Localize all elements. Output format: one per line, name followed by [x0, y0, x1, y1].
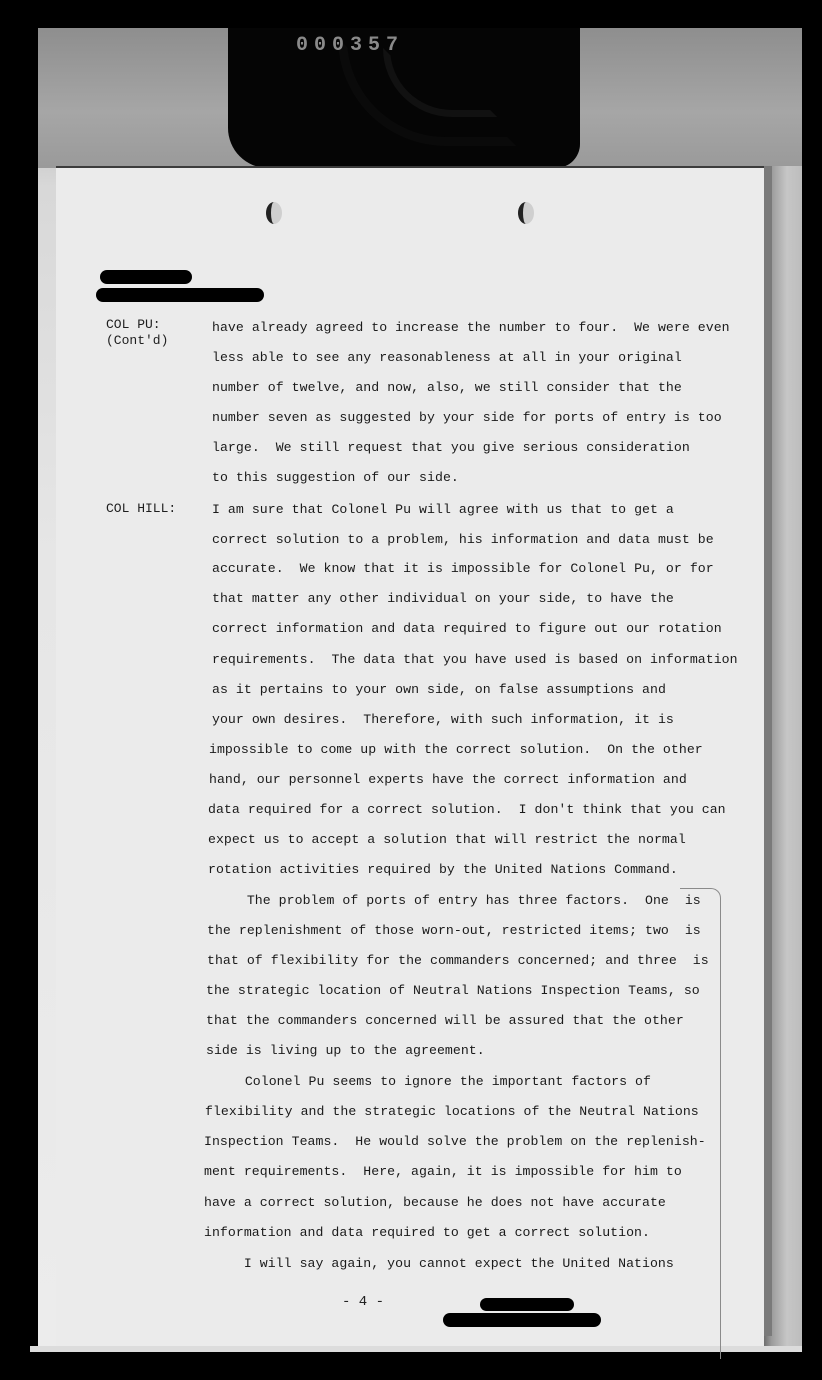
redaction-bar: [480, 1298, 574, 1311]
redaction-bar: [443, 1313, 601, 1327]
text-line: The problem of ports of entry has three …: [207, 893, 701, 908]
text-line: data required for a correct solution. I …: [208, 802, 726, 817]
redaction-bar: [96, 288, 264, 302]
speaker-label: COL HILL:: [106, 500, 176, 517]
text-line: have a correct solution, because he does…: [204, 1195, 666, 1210]
text-line: as it pertains to your own side, on fals…: [212, 682, 666, 697]
text-line: ment requirements. Here, again, it is im…: [204, 1164, 682, 1179]
frame-counter: 000357: [296, 34, 404, 57]
text-line: impossible to come up with the correct s…: [209, 742, 703, 757]
text-line: to this suggestion of our side.: [212, 470, 459, 485]
text-line: rotation activities required by the Unit…: [208, 862, 678, 877]
text-line: less able to see any reasonableness at a…: [212, 350, 682, 365]
speaker-label: COL PU:: [106, 316, 161, 333]
redaction-bar: [100, 270, 192, 284]
text-line: correct solution to a problem, his infor…: [212, 532, 714, 547]
page-right-edge: [764, 166, 772, 1336]
text-line: I am sure that Colonel Pu will agree wit…: [212, 502, 674, 517]
text-line: flexibility and the strategic locations …: [205, 1104, 699, 1119]
text-line: large. We still request that you give se…: [212, 440, 690, 455]
speaker-note: (Cont'd): [106, 332, 168, 349]
text-line: number of twelve, and now, also, we stil…: [212, 380, 682, 395]
text-line: hand, our personnel experts have the cor…: [209, 772, 687, 787]
text-line: have already agreed to increase the numb…: [212, 320, 730, 335]
text-line: the replenishment of those worn-out, res…: [207, 923, 701, 938]
text-line: requirements. The data that you have use…: [212, 652, 738, 667]
text-line: Inspection Teams. He would solve the pro…: [204, 1134, 706, 1149]
text-line: expect us to accept a solution that will…: [208, 832, 686, 847]
text-line: information and data required to get a c…: [204, 1225, 650, 1240]
punch-hole-icon: [518, 202, 534, 224]
page-number: - 4 -: [342, 1294, 384, 1310]
text-line: I will say again, you cannot expect the …: [204, 1256, 674, 1271]
text-line: Colonel Pu seems to ignore the important…: [205, 1074, 651, 1089]
text-line: your own desires. Therefore, with such i…: [212, 712, 674, 727]
text-line: number seven as suggested by your side f…: [212, 410, 722, 425]
text-line: correct information and data required to…: [212, 621, 722, 636]
text-line: the strategic location of Neutral Nation…: [206, 983, 700, 998]
punch-hole-icon: [266, 202, 282, 224]
text-line: side is living up to the agreement.: [206, 1043, 485, 1058]
text-line: that matter any other individual on your…: [212, 591, 674, 606]
margin-mark: [680, 888, 721, 1359]
text-line: that of flexibility for the commanders c…: [207, 953, 709, 968]
text-line: that the commanders concerned will be as…: [206, 1013, 684, 1028]
text-line: accurate. We know that it is impossible …: [212, 561, 714, 576]
